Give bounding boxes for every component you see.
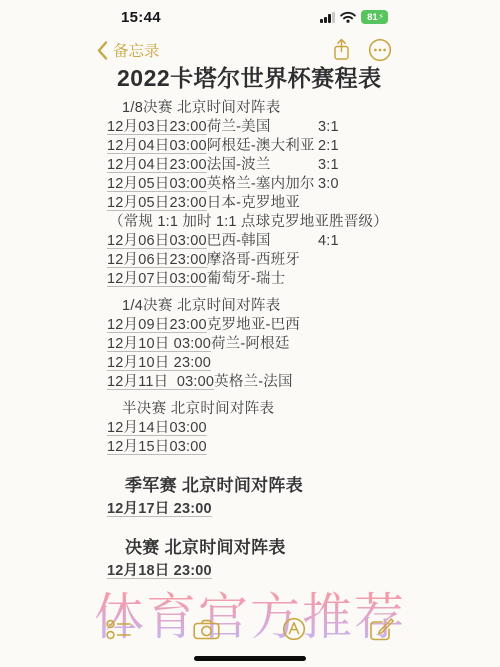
back-label: 备忘录 (113, 39, 160, 61)
schedule-row: 12月17日 23:00 (107, 500, 408, 519)
teams-label: 巴西-韩国 (207, 233, 271, 249)
schedule-row: 12月14日03:00 (107, 419, 408, 438)
schedule-row: 12月03日23:00荷兰-美国3:1 (107, 118, 408, 137)
teams-label: 克罗地亚-巴西 (207, 317, 300, 333)
date-link[interactable]: 12月04日03:00 (107, 138, 207, 154)
date-link[interactable]: 12月10日 23:00 (107, 355, 211, 371)
section-header: 1/8决赛 北京时间对阵表 (107, 99, 408, 118)
back-chevron-icon (97, 41, 108, 60)
date-link[interactable]: 12月15日03:00 (107, 439, 207, 455)
back-button[interactable]: 备忘录 (97, 39, 160, 61)
date-link[interactable]: 12月04日23:00 (107, 157, 207, 173)
date-link[interactable]: 12月05日23:00 (107, 195, 207, 211)
schedule-row: 12月05日23:00日本-克罗地亚 (107, 194, 408, 213)
score-value: 2:1 (318, 137, 339, 156)
score-value: 4:1 (318, 232, 339, 251)
more-button[interactable] (368, 38, 392, 62)
teams-label: 荷兰-美国 (207, 119, 271, 135)
notes-app-screen: 15:44 81⚡ (0, 0, 500, 667)
schedule-section: 1/4决赛 北京时间对阵表12月09日23:00克罗地亚-巴西12月10日 03… (107, 297, 408, 392)
schedule-row: 12月06日03:00巴西-韩国4:1 (107, 232, 408, 251)
share-button[interactable] (332, 37, 351, 62)
note-title: 2022卡塔尔世界杯赛程表 (107, 63, 408, 94)
schedule-row: 12月06日23:00摩洛哥-西班牙 (107, 251, 408, 270)
date-link[interactable]: 12月06日23:00 (107, 252, 207, 268)
schedule-row: 12月09日23:00克罗地亚-巴西 (107, 316, 408, 335)
teams-label: 英格兰-塞内加尔 (207, 176, 315, 192)
teams-label: 英格兰-法国 (214, 374, 293, 390)
clock-time: 15:44 (121, 9, 161, 26)
schedule-section: 1/8决赛 北京时间对阵表12月03日23:00荷兰-美国3:112月04日03… (107, 99, 408, 289)
status-bar: 15:44 81⚡ (84, 0, 416, 32)
markup-icon[interactable] (280, 615, 308, 643)
schedule-row: 12月05日03:00英格兰-塞内加尔3:0 (107, 175, 408, 194)
date-link[interactable]: 12月05日03:00 (107, 176, 207, 192)
date-link[interactable]: 12月03日23:00 (107, 119, 207, 135)
note-body: 2022卡塔尔世界杯赛程表 1/8决赛 北京时间对阵表12月03日23:00荷兰… (107, 63, 408, 581)
date-link[interactable]: 12月17日 23:00 (107, 501, 212, 517)
schedule-row: 12月10日 23:00 (107, 354, 408, 373)
compose-icon[interactable] (368, 615, 396, 643)
note-sections: 1/8决赛 北京时间对阵表12月03日23:00荷兰-美国3:112月04日03… (107, 99, 408, 581)
score-value: 3:0 (318, 175, 339, 194)
home-indicator[interactable] (194, 656, 306, 661)
teams-label: 日本-克罗地亚 (207, 195, 300, 211)
schedule-row: 12月10日 03:00荷兰-阿根廷 (107, 335, 408, 354)
schedule-row: 12月15日03:00 (107, 438, 408, 457)
teams-label: 法国-波兰 (207, 157, 271, 173)
score-value: 3:1 (318, 118, 339, 137)
bottom-toolbar (84, 615, 416, 643)
schedule-row: 12月18日 23:00 (107, 562, 408, 581)
schedule-row: 12月07日03:00葡萄牙-瑞士 (107, 270, 408, 289)
teams-label: 荷兰-阿根廷 (211, 336, 290, 352)
schedule-row: 12月04日23:00法国-波兰3:1 (107, 156, 408, 175)
schedule-section: 决赛 北京时间对阵表12月18日 23:00 (107, 536, 408, 581)
date-link[interactable]: 12月09日23:00 (107, 317, 207, 333)
schedule-row: 12月04日03:00阿根廷-澳大利亚2:1 (107, 137, 408, 156)
wifi-icon (340, 11, 356, 23)
date-link[interactable]: 12月11日 03:00 (107, 374, 214, 390)
score-value: 3:1 (318, 156, 339, 175)
section-header: 季军赛 北京时间对阵表 (107, 474, 408, 498)
date-link[interactable]: 12月06日03:00 (107, 233, 207, 249)
status-icons: 81⚡ (320, 10, 388, 24)
section-header: 决赛 北京时间对阵表 (107, 536, 408, 560)
cellular-signal-icon (320, 12, 335, 23)
date-link[interactable]: 12月18日 23:00 (107, 563, 212, 579)
section-header: 1/4决赛 北京时间对阵表 (107, 297, 408, 316)
checklist-icon[interactable] (104, 615, 132, 643)
schedule-row: 12月11日 03:00英格兰-法国 (107, 373, 408, 392)
phone-screen: 15:44 81⚡ (84, 0, 416, 667)
schedule-section: 季军赛 北京时间对阵表12月17日 23:00 (107, 474, 408, 519)
date-link[interactable]: 12月07日03:00 (107, 271, 207, 287)
nav-actions (332, 37, 392, 62)
teams-label: 摩洛哥-西班牙 (207, 252, 300, 268)
teams-label: 葡萄牙-瑞士 (207, 271, 286, 287)
date-link[interactable]: 12月14日03:00 (107, 420, 207, 436)
nav-bar: 备忘录 (84, 36, 416, 66)
camera-icon[interactable] (192, 615, 220, 643)
battery-icon: 81⚡ (361, 10, 388, 24)
penalty-note: （常规 1:1 加时 1:1 点球克罗地亚胜晋级） (107, 213, 408, 232)
schedule-section: 半决赛 北京时间对阵表12月14日03:0012月15日03:00 (107, 400, 408, 457)
teams-label: 阿根廷-澳大利亚 (207, 138, 315, 154)
charging-bolt-icon: ⚡ (378, 13, 384, 21)
date-link[interactable]: 12月10日 03:00 (107, 336, 211, 352)
section-header: 半决赛 北京时间对阵表 (107, 400, 408, 419)
